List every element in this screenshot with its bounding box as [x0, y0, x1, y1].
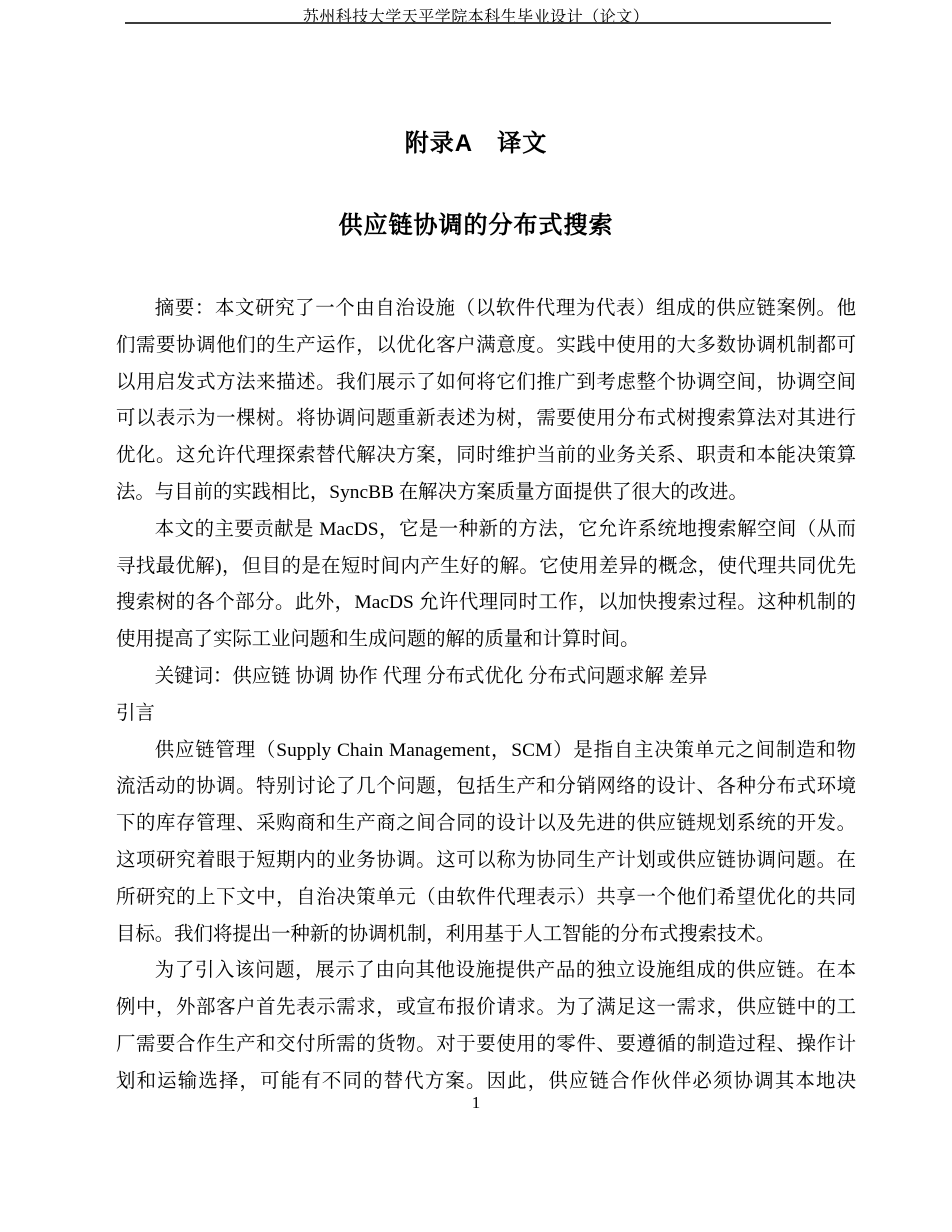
text-line: 关键词：供应链 协调 协作 代理 分布式优化 分布式问题求解 差异	[116, 659, 856, 696]
text-line: 法。与目前的实践相比，SyncBB 在解决方案质量方面提供了很大的改进。	[116, 475, 856, 512]
text-line: 流活动的协调。特别讨论了几个问题，包括生产和分销网络的设计、各种分布式环境	[116, 769, 856, 806]
text-line: 引言	[116, 696, 856, 733]
text-line: 下的库存管理、采购商和生产商之间合同的设计以及先进的供应链规划系统的开发。	[116, 806, 856, 843]
text-line: 优化。这允许代理探索替代解决方案，同时维护当前的业务关系、职责和本能决策算	[116, 438, 856, 475]
text-line: 可以表示为一棵树。将协调问题重新表述为树，需要使用分布式树搜索算法对其进行	[116, 401, 856, 438]
translation-title: 供应链协调的分布式搜索	[0, 205, 952, 240]
text-line: 这项研究着眼于短期内的业务协调。这可以称为协同生产计划或供应链协调问题。在	[116, 843, 856, 880]
paragraph-abstract: 摘要：本文研究了一个由自治设施（以软件代理为代表）组成的供应链案例。他们需要协调…	[116, 291, 856, 512]
text-line: 本文的主要贡献是 MacDS，它是一种新的方法，它允许系统地搜索解空间（从而	[116, 512, 856, 549]
text-line: 们需要协调他们的生产运作，以优化客户满意度。实践中使用的大多数协调机制都可	[116, 328, 856, 365]
text-line: 使用提高了实际工业问题和生成问题的解的质量和计算时间。	[116, 622, 856, 659]
text-line: 搜索树的各个部分。此外，MacDS 允许代理同时工作，以加快搜索过程。这种机制的	[116, 585, 856, 622]
text-line: 为了引入该问题，展示了由向其他设施提供产品的独立设施组成的供应链。在本	[116, 953, 856, 990]
text-line: 摘要：本文研究了一个由自治设施（以软件代理为代表）组成的供应链案例。他	[116, 291, 856, 328]
body-text: 摘要：本文研究了一个由自治设施（以软件代理为代表）组成的供应链案例。他们需要协调…	[116, 291, 856, 1101]
header-divider	[125, 22, 831, 24]
paragraph-introduction-1: 供应链管理（Supply Chain Management，SCM）是指自主决策…	[116, 733, 856, 954]
paragraph-section-heading-introduction: 引言	[116, 696, 856, 733]
paragraph-keywords: 关键词：供应链 协调 协作 代理 分布式优化 分布式问题求解 差异	[116, 659, 856, 696]
text-line: 目标。我们将提出一种新的协调机制，利用基于人工智能的分布式搜索技术。	[116, 917, 856, 954]
text-line: 厂需要合作生产和交付所需的货物。对于要使用的零件、要遵循的制造过程、操作计	[116, 1027, 856, 1064]
text-line: 供应链管理（Supply Chain Management，SCM）是指自主决策…	[116, 733, 856, 770]
text-line: 例中，外部客户首先表示需求，或宣布报价请求。为了满足这一需求，供应链中的工	[116, 990, 856, 1027]
paragraph-contribution: 本文的主要贡献是 MacDS，它是一种新的方法，它允许系统地搜索解空间（从而寻找…	[116, 512, 856, 659]
paragraph-introduction-2: 为了引入该问题，展示了由向其他设施提供产品的独立设施组成的供应链。在本例中，外部…	[116, 953, 856, 1100]
text-line: 寻找最优解)，但目的是在短时间内产生好的解。它使用差异的概念，使代理共同优先	[116, 549, 856, 586]
appendix-title: 附录A 译文	[0, 123, 952, 158]
text-line: 所研究的上下文中，自治决策单元（由软件代理表示）共享一个他们希望优化的共同	[116, 880, 856, 917]
text-line: 以用启发式方法来描述。我们展示了如何将它们推广到考虑整个协调空间，协调空间	[116, 365, 856, 402]
document-page: 苏州科技大学天平学院本科生毕业设计（论文） 附录A 译文 供应链协调的分布式搜索…	[0, 0, 952, 1232]
page-number: 1	[0, 1093, 952, 1113]
